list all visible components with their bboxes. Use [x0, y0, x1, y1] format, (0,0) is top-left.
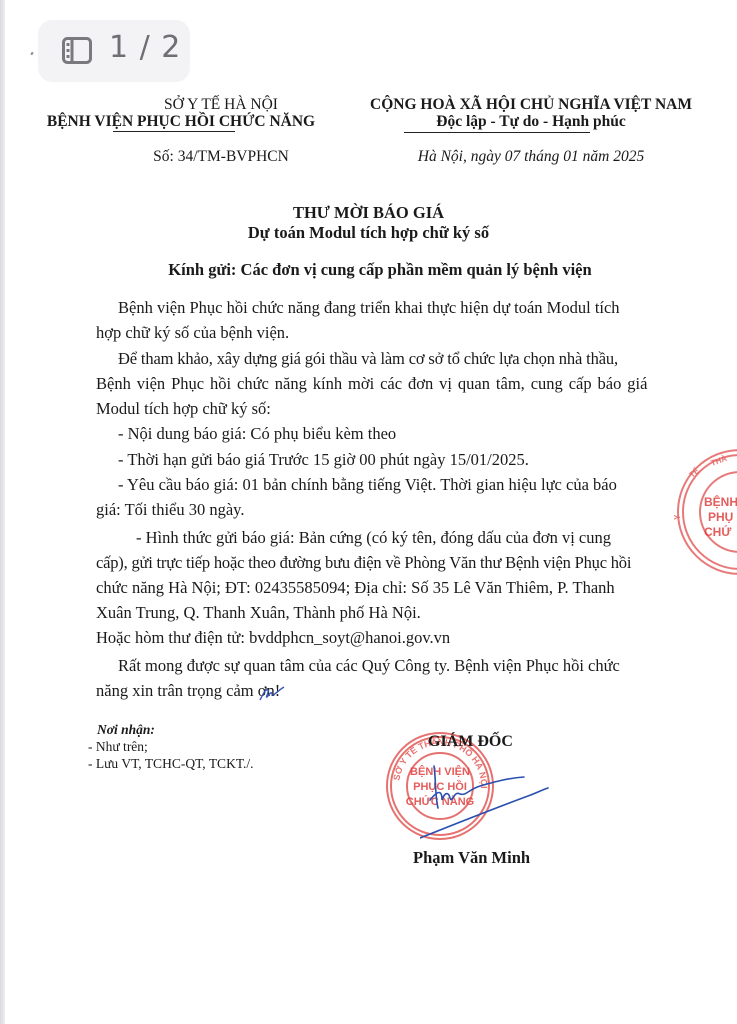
agency-name: SỞ Y TẾ HÀ NỘI	[86, 96, 356, 114]
page-indicator-button[interactable]: 1 / 2	[38, 20, 190, 82]
body-line: - Thời hạn gửi báo giá Trước 15 giờ 00 p…	[118, 449, 529, 472]
svg-text:Y: Y	[673, 514, 682, 520]
handwritten-signature	[420, 760, 560, 840]
place-date: Hà Nội, ngày 07 tháng 01 năm 2025	[335, 148, 727, 166]
body-line: Bệnh viện Phục hồi chức năng đang triển …	[118, 297, 620, 320]
sidebar-thumbnails-icon	[62, 37, 92, 64]
body-line: Để tham khảo, xây dựng giá gói thầu và l…	[118, 348, 618, 371]
body-line: Rất mong được sự quan tâm của các Quý Cô…	[118, 655, 620, 678]
body-line: Xuân Trung, Q. Thanh Xuân, Thành phố Hà …	[96, 602, 421, 625]
recipient-item: - Lưu VT, TCHC-QT, TCKT./.	[88, 756, 254, 772]
body-line: chức năng Hà Nội; ĐT: 02435585094; Địa c…	[96, 577, 615, 600]
body-line: giá: Tối thiểu 30 ngày.	[96, 499, 244, 522]
motto-underline	[404, 132, 590, 133]
document-subtitle: Dự toán Modul tích hợp chữ ký số	[0, 223, 737, 243]
initials-mark	[258, 682, 286, 704]
signer-name: Phạm Văn Minh	[413, 848, 530, 868]
document-title: THƯ MỜI BÁO GIÁ	[0, 203, 737, 223]
body-line: hợp chữ ký số của bệnh viện.	[96, 322, 289, 345]
page-count: 1 / 2	[109, 30, 181, 65]
partial-seal-stamp: BỆNH PHỤ CHỨ TẾ THÀ Y	[668, 448, 737, 576]
signer-title: GIÁM ĐỐC	[428, 733, 513, 751]
body-line: Bệnh viện Phục hồi chức năng kính mời cá…	[96, 373, 647, 396]
body-line: - Nội dung báo giá: Có phụ biểu kèm theo	[118, 423, 396, 446]
national-title: CỘNG HOÀ XÃ HỘI CHỦ NGHĨA VIỆT NAM	[335, 96, 727, 114]
body-line: - Hình thức gửi báo giá: Bản cứng (có ký…	[136, 527, 611, 550]
svg-text:BỆNH: BỆNH	[704, 494, 737, 509]
organization-underline	[113, 131, 235, 132]
svg-text:CHỨ: CHỨ	[704, 524, 731, 539]
svg-text:PHỤ: PHỤ	[708, 510, 733, 524]
body-line: năng xin trân trọng cảm ơn!	[96, 680, 280, 703]
document-number: Số: 34/TM-BVPHCN	[86, 148, 356, 166]
body-line: cấp), gửi trực tiếp hoặc theo đường bưu …	[96, 552, 631, 575]
national-motto: Độc lập - Tự do - Hạnh phúc	[335, 113, 727, 131]
organization-name: BỆNH VIỆN PHỤC HỒI CHỨC NĂNG	[36, 113, 326, 131]
greeting: Kính gửi: Các đơn vị cung cấp phần mềm q…	[0, 260, 737, 280]
recipient-item: - Như trên;	[88, 739, 148, 755]
body-line: - Yêu cầu báo giá: 01 bản chính bằng tiế…	[118, 474, 617, 497]
scan-speck	[30, 52, 33, 56]
recipients-label: Nơi nhận:	[97, 722, 155, 738]
viewer-left-edge	[0, 0, 5, 1024]
body-line: Modul tích hợp chữ ký số:	[96, 398, 271, 421]
contact-email: Hoặc hòm thư điện tử: bvddphcn_soyt@hano…	[96, 627, 450, 650]
